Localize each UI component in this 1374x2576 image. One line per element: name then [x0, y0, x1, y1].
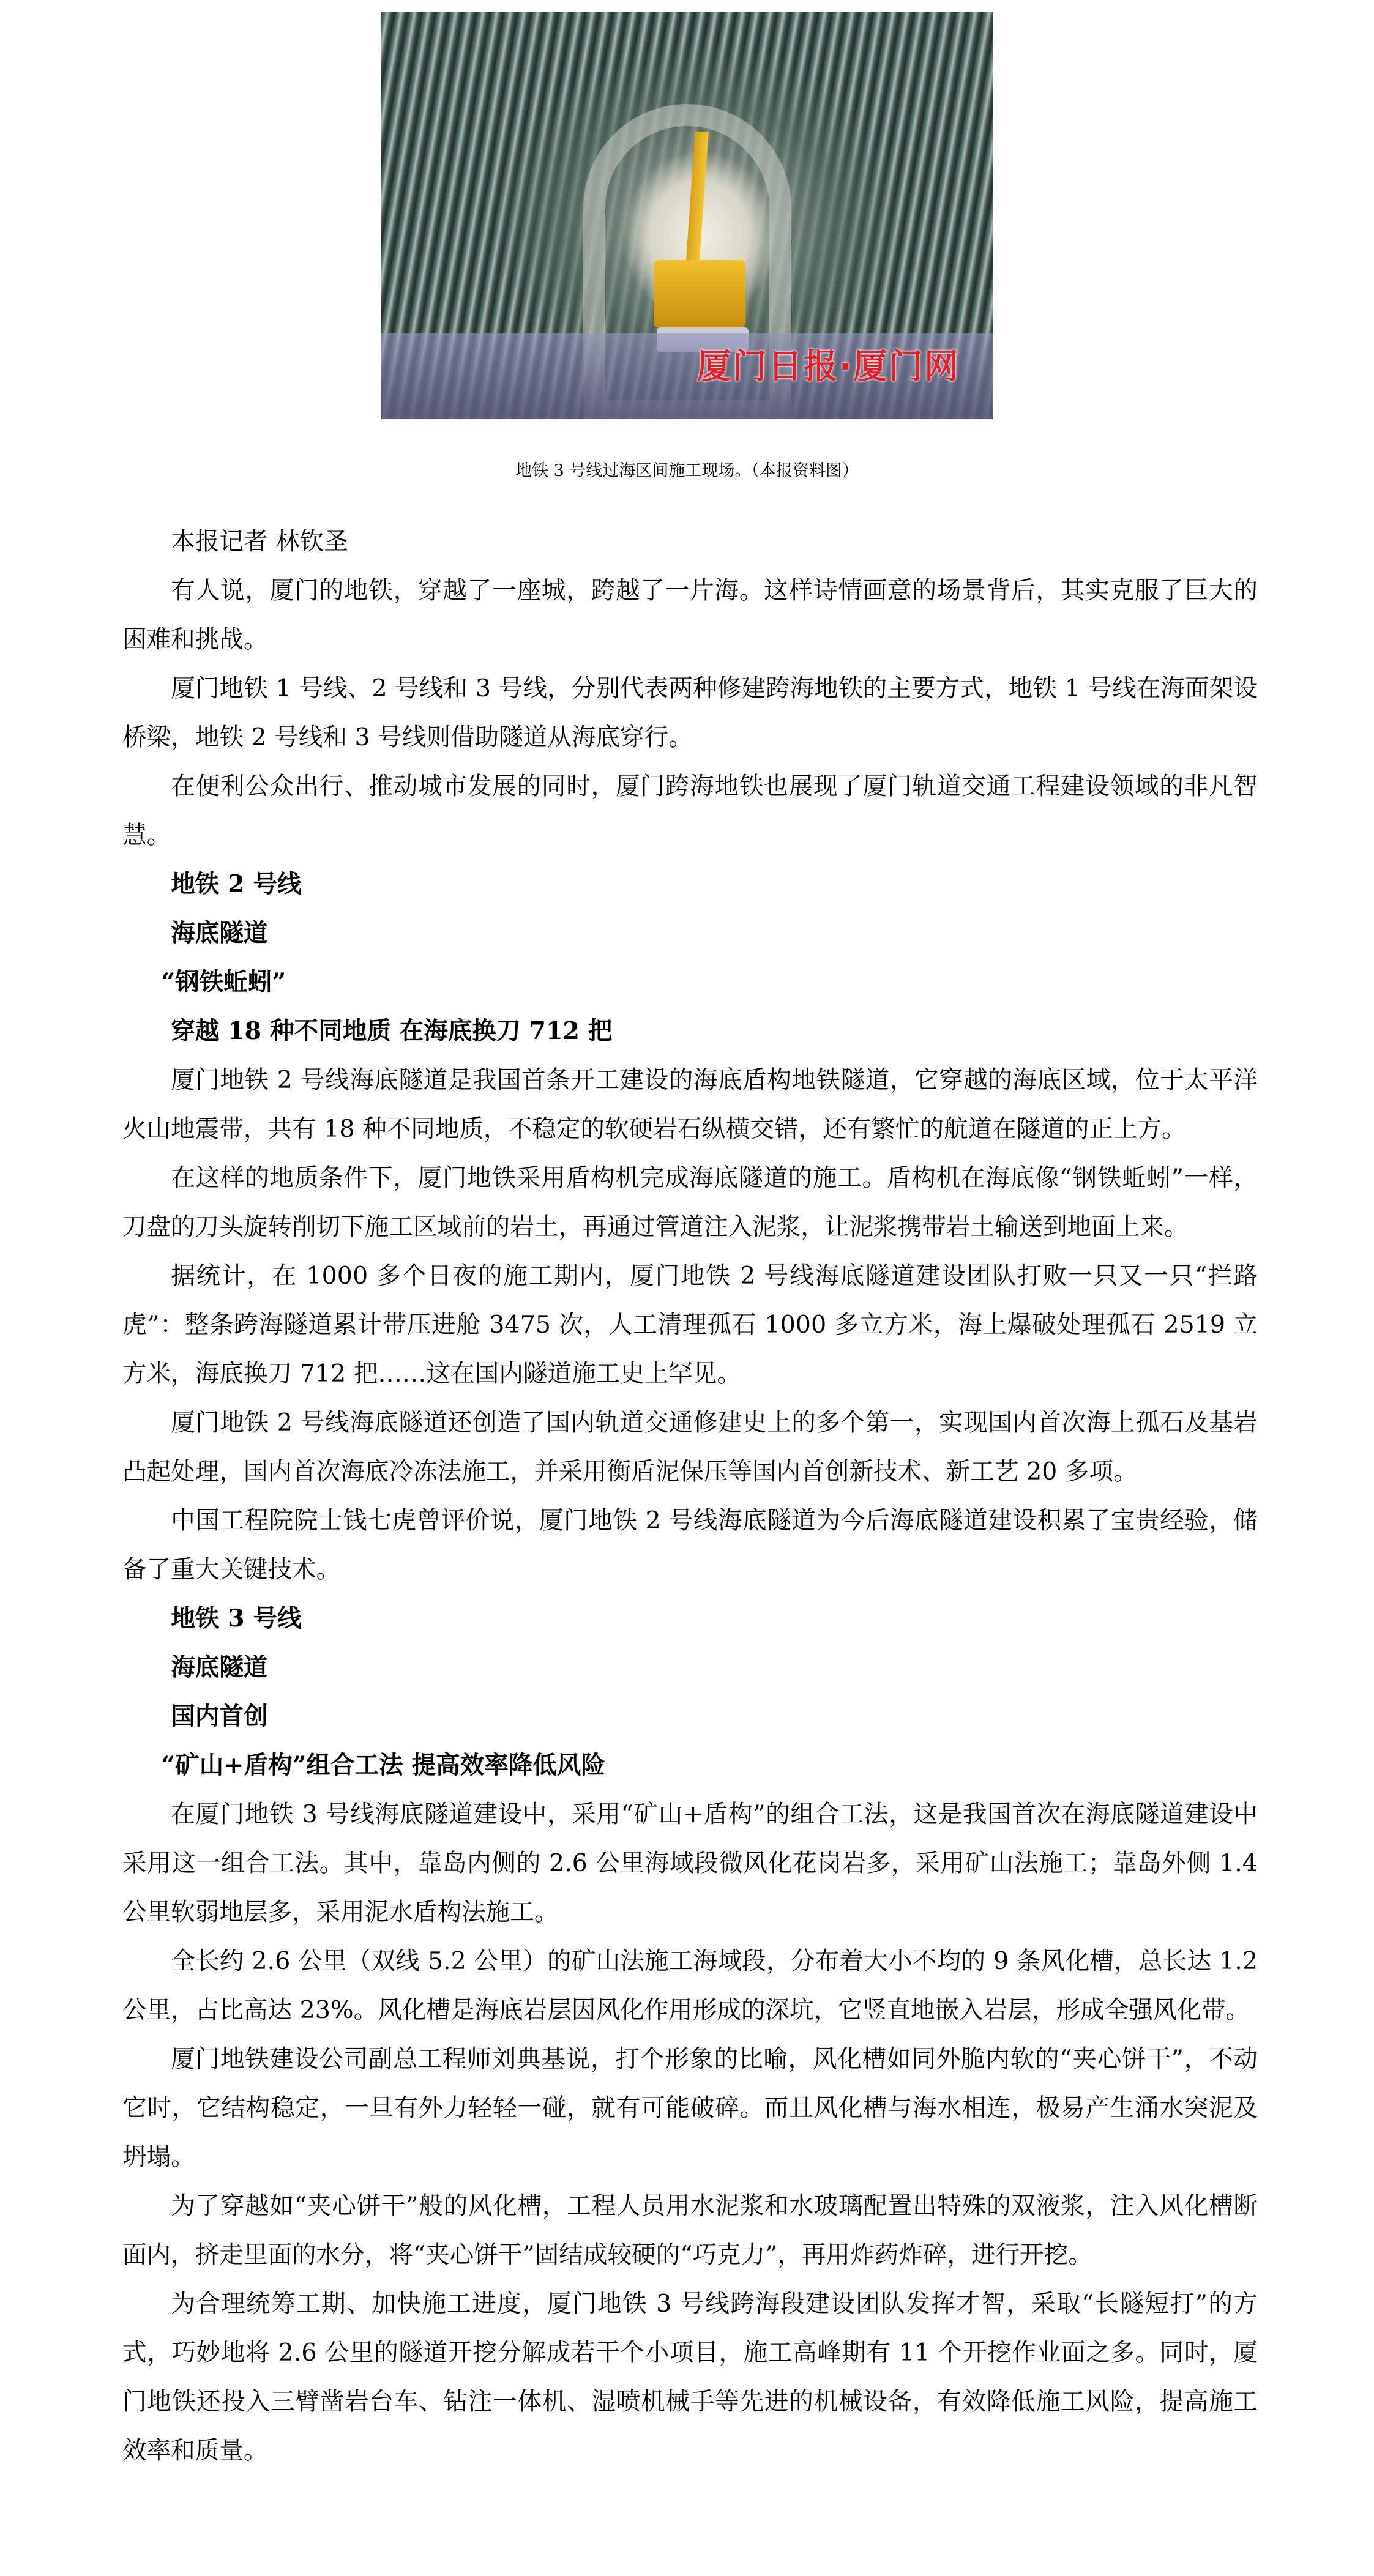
- photo-watermark: 厦门日报·厦门网: [697, 340, 960, 389]
- intro-paragraph: 有人说，厦门的地铁，穿越了一座城，跨越了一片海。这样诗情画意的场景背后，其实克服…: [122, 566, 1258, 664]
- body-paragraph: 全长约 2.6 公里（双线 5.2 公里）的矿山法施工海域段，分布着大小不均的 …: [122, 1937, 1258, 2034]
- section-subheading: 穿越 18 种不同地质 在海底换刀 712 把: [122, 1007, 1258, 1055]
- intro-paragraph: 在便利公众出行、推动城市发展的同时，厦门跨海地铁也展现了厦门轨道交通工程建设领域…: [122, 762, 1258, 860]
- article-body: 本报记者 林钦圣 有人说，厦门的地铁，穿越了一座城，跨越了一片海。这样诗情画意的…: [122, 517, 1258, 2475]
- article-photo: 厦门日报·厦门网: [381, 12, 993, 419]
- body-paragraph: 在这样的地质条件下，厦门地铁采用盾构机完成海底隧道的施工。盾构机在海底像“钢铁蚯…: [122, 1153, 1258, 1251]
- intro-paragraph: 厦门地铁 1 号线、2 号线和 3 号线，分别代表两种修建跨海地铁的主要方式，地…: [122, 664, 1258, 762]
- section-subheading: “矿山+盾构”组合工法 提高效率降低风险: [122, 1741, 1258, 1790]
- excavator: [654, 260, 745, 327]
- body-paragraph: 厦门地铁建设公司副总工程师刘典基说，打个形象的比喻，风化槽如同外脆内软的“夹心饼…: [122, 2034, 1258, 2181]
- section-subheading: “钢铁蚯蚓”: [122, 958, 1258, 1007]
- byline: 本报记者 林钦圣: [122, 517, 1258, 566]
- body-paragraph: 为合理统筹工期、加快施工进度，厦门地铁 3 号线跨海段建设团队发挥才智，采取“长…: [122, 2279, 1258, 2475]
- photo-caption: 地铁 3 号线过海区间施工现场。（本报资料图）: [0, 459, 1374, 483]
- body-paragraph: 为了穿越如“夹心饼干”般的风化槽，工程人员用水泥浆和水玻璃配置出特殊的双液浆，注…: [122, 2181, 1258, 2279]
- section-subheading: 海底隧道: [122, 909, 1258, 958]
- body-paragraph: 厦门地铁 2 号线海底隧道是我国首条开工建设的海底盾构地铁隧道，它穿越的海底区域…: [122, 1055, 1258, 1153]
- section-heading-line3: 地铁 3 号线: [122, 1594, 1258, 1643]
- body-paragraph: 厦门地铁 2 号线海底隧道还创造了国内轨道交通修建史上的多个第一，实现国内首次海…: [122, 1398, 1258, 1496]
- body-paragraph: 据统计，在 1000 多个日夜的施工期内，厦门地铁 2 号线海底隧道建设团队打败…: [122, 1251, 1258, 1398]
- section-heading-line2: 地铁 2 号线: [122, 860, 1258, 909]
- section-subheading: 海底隧道: [122, 1643, 1258, 1692]
- section-subheading: 国内首创: [122, 1692, 1258, 1741]
- body-paragraph: 在厦门地铁 3 号线海底隧道建设中，采用“矿山+盾构”的组合工法，这是我国首次在…: [122, 1790, 1258, 1937]
- body-paragraph: 中国工程院院士钱七虎曾评价说，厦门地铁 2 号线海底隧道为今后海底隧道建设积累了…: [122, 1496, 1258, 1594]
